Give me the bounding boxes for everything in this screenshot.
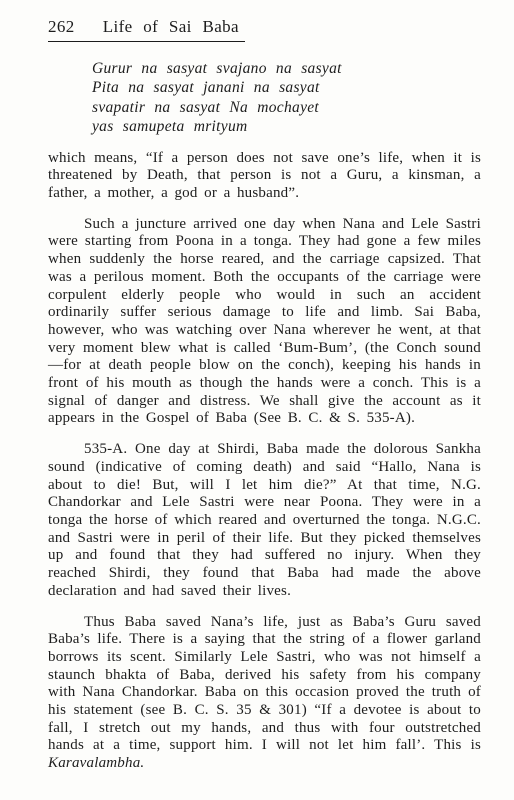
paragraph-conclusion: Thus Baba saved Nana’s life, just as Bab… bbox=[48, 614, 481, 773]
paragraph-translation: which means, “If a person does not save … bbox=[48, 150, 481, 203]
book-page: 262Life of Sai Baba Gurur na sasyat svaj… bbox=[0, 0, 514, 800]
verse-line: svapatir na sasyat Na mochayet bbox=[92, 98, 481, 117]
paragraph-conclusion-text: Thus Baba saved Nana’s life, just as Bab… bbox=[48, 614, 481, 754]
verse-line: Pita na sasyat janani na sasyat bbox=[92, 78, 481, 97]
running-title: Life of Sai Baba bbox=[103, 17, 239, 36]
verse-line: Gurur na sasyat svajano na sasyat bbox=[92, 59, 481, 78]
page-header: 262Life of Sai Baba bbox=[48, 17, 245, 42]
verse-block: Gurur na sasyat svajano na sasyat Pita n… bbox=[92, 59, 481, 137]
page-number: 262 bbox=[48, 17, 75, 36]
paragraph-tonga-incident: Such a juncture arrived one day when Nan… bbox=[48, 216, 481, 428]
paragraph-gospel-account: 535-A. One day at Shirdi, Baba made the … bbox=[48, 441, 481, 600]
verse-line: yas samupeta mrityum bbox=[92, 117, 481, 136]
italic-term-karavalambha: Karavalambha. bbox=[48, 755, 144, 771]
